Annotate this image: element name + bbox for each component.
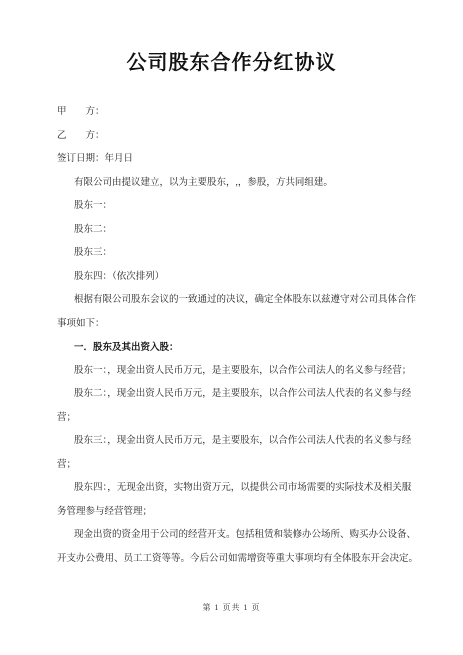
paragraph: 股东三：，现金出资人民币万元，是主要股东，以合作公司法人代表的名义参与经营； [57, 430, 419, 477]
paragraph: 股东四：（依次排列） [57, 266, 419, 290]
paragraph: 甲 方： [57, 101, 419, 125]
paragraph: 股东二：，现金出资人民币万元，是主要股东，以合作公司法人代表的名义参与经营； [57, 383, 419, 430]
paragraph: 现金出资的资金用于公司的经营开支。包括租赁和装修办公场所、购买办公设备、开支办公… [57, 524, 419, 571]
paragraph: 签订日期：年月日 [57, 148, 419, 172]
document-title: 公司股东合作分红协议 [0, 0, 463, 78]
paragraph: 股东四：，无现金出资，实物出资万元，以提供公司市场需要的实际技术及相关服务管理参… [57, 477, 419, 524]
document-page: 公司股东合作分红协议 甲 方：乙 方：签订日期：年月日有限公司由提议建立，以为主… [0, 0, 463, 655]
page-number-label: 第 1 页共 1 页 [203, 603, 261, 612]
document-body: 甲 方：乙 方：签订日期：年月日有限公司由提议建立，以为主要股东，,，参股，方共… [0, 101, 419, 571]
paragraph: 根据有限公司股东会议的一致通过的决议，确定全体股东以兹遵守对公司具体合作事项如下… [57, 289, 419, 336]
paragraph: 乙 方： [57, 125, 419, 149]
page-footer: 第 1 页共 1 页 [0, 602, 463, 613]
paragraph: 股东三： [57, 242, 419, 266]
paragraph: 股东一： [57, 195, 419, 219]
paragraph: 股东一：，现金出资人民币万元，是主要股东，以合作公司法人的名义参与经营； [57, 360, 419, 384]
paragraph: 有限公司由提议建立，以为主要股东，,，参股，方共同组建。 [57, 172, 419, 196]
paragraph: 股东二： [57, 219, 419, 243]
section-heading: 一．股东及其出资入股： [57, 336, 419, 360]
